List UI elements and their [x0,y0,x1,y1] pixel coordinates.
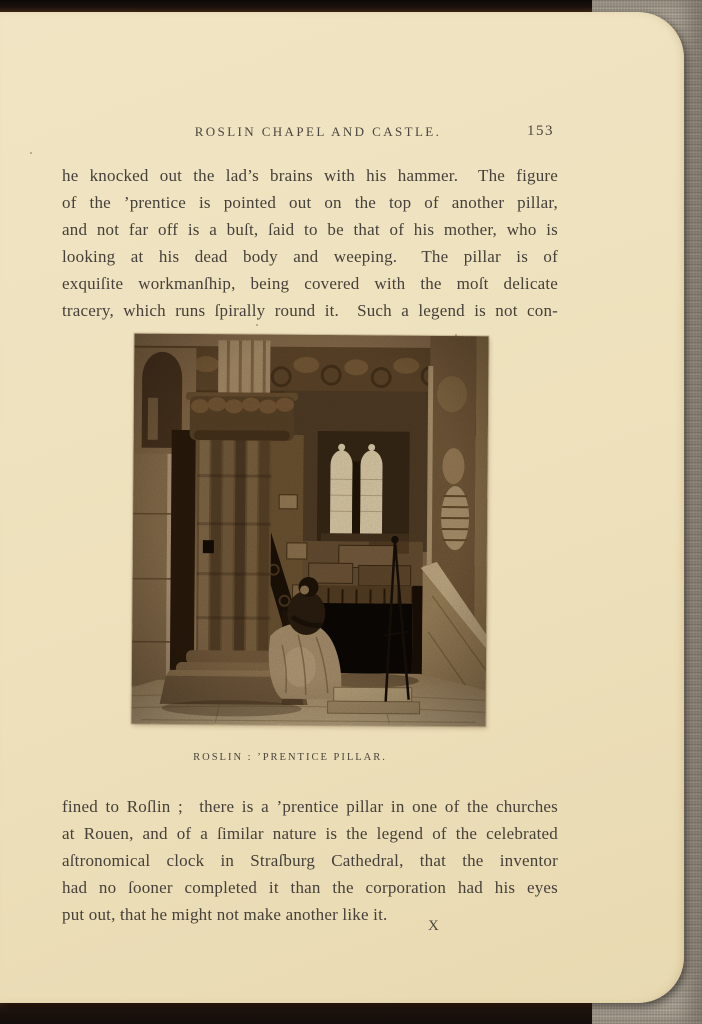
text-line: looking at his dead body and weeping. Th… [62,243,558,270]
text-line: and not far off is a buſt, ſaid to be th… [62,216,558,243]
book-page: ROSLIN CHAPEL AND CASTLE. 153 he knocked… [0,12,684,1003]
running-header: ROSLIN CHAPEL AND CASTLE. 153 [62,124,558,146]
foxing-speck [30,152,32,154]
text-line: fined to Roſlin ; there is a ’prentice p… [62,793,558,820]
text-line: aſtronomical clock in Straſburg Cathedra… [62,847,558,874]
text-line: exquiſite workmanſhip, being covered wit… [62,270,558,297]
photo-caption: ROSLIN : ’PRENTICE PILLAR. [62,752,558,763]
text-line: had no ſooner completed it than the corp… [62,874,558,901]
text-line: of the ’prentice is pointed out on the t… [62,189,558,216]
foxing-speck [256,324,258,326]
page-number: 153 [527,123,554,140]
text-line: at Rouen, and of a ſimilar nature is the… [62,820,558,847]
paragraph-bottom: fined to Roſlin ; there is a ’prentice p… [62,793,558,928]
paragraph-top: he knocked out the lad’s brains with his… [62,162,558,324]
prentice-pillar-photograph [131,334,488,727]
running-header-title: ROSLIN CHAPEL AND CASTLE. [195,124,442,139]
text-line: tracery, which runs ſpirally round it. S… [62,297,558,324]
text-line: he knocked out the lad’s brains with his… [62,162,558,189]
signature-mark: X [428,918,440,935]
text-line: put out, that he might not make another … [62,901,558,928]
book-photograph-scene: ROSLIN CHAPEL AND CASTLE. 153 he knocked… [0,0,702,1024]
